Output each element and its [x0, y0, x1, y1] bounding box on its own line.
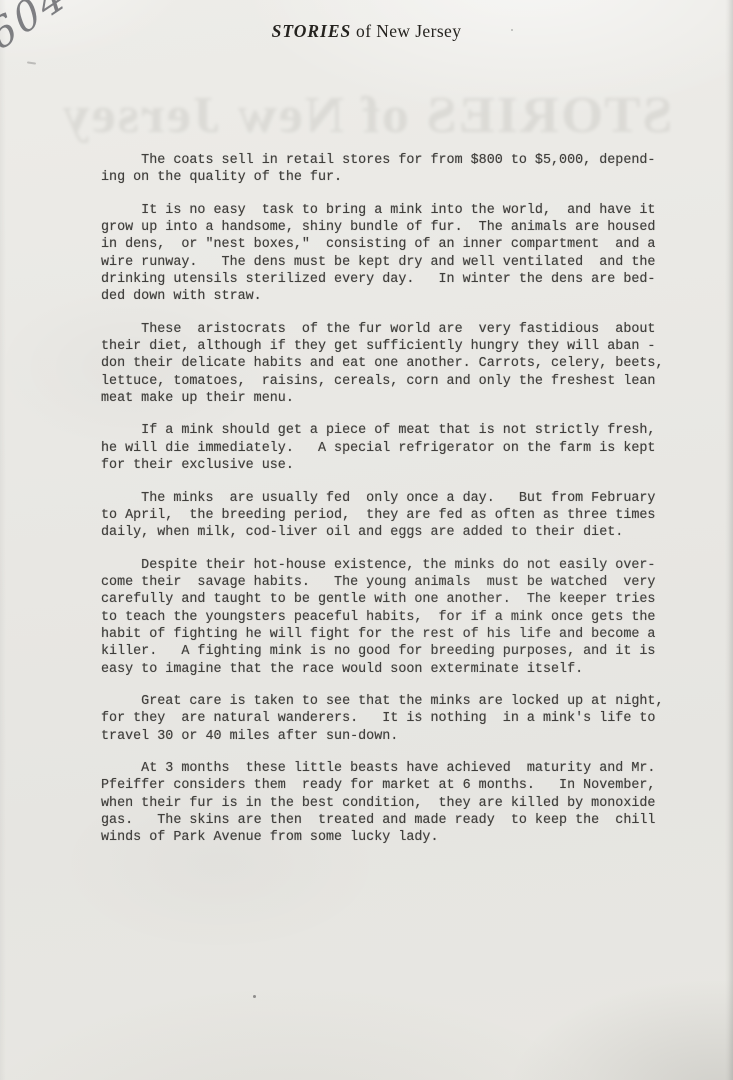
- text-line: At 3 months these little beasts have ach…: [101, 760, 676, 777]
- scanned-page: 604 STORIES of New Jersey STORIES of New…: [0, 0, 733, 1080]
- paragraph: It is no easy task to bring a mink into …: [101, 202, 676, 306]
- paper-speck: [418, 712, 420, 714]
- page-title: STORIES of New Jersey: [0, 21, 733, 42]
- page-edge-shadow: [725, 0, 733, 1080]
- text-line: travel 30 or 40 miles after sun-down.: [101, 728, 676, 745]
- paragraph: At 3 months these little beasts have ach…: [101, 760, 676, 847]
- text-line: come their savage habits. The young anim…: [101, 574, 676, 591]
- text-line: gas. The skins are then treated and made…: [101, 812, 676, 829]
- bleedthrough-title: STORIES of New Jersey: [4, 86, 729, 145]
- text-line: in dens, or "nest boxes," consisting of …: [101, 236, 676, 253]
- paragraph: If a mink should get a piece of meat tha…: [101, 422, 676, 474]
- document-body: The coats sell in retail stores for from…: [101, 152, 676, 862]
- text-line: habit of fighting he will fight for the …: [101, 626, 676, 643]
- text-line: The coats sell in retail stores for from…: [101, 152, 676, 169]
- text-line: their diet, although if they get suffici…: [101, 338, 676, 355]
- text-line: carefully and taught to be gentle with o…: [101, 591, 676, 608]
- text-line: meat make up their menu.: [101, 390, 676, 407]
- text-line: The minks are usually fed only once a da…: [101, 490, 676, 507]
- text-line: ing on the quality of the fur.: [101, 169, 676, 186]
- text-line: It is no easy task to bring a mink into …: [101, 202, 676, 219]
- text-line: drinking utensils sterilized every day. …: [101, 271, 676, 288]
- page-title-rest: of New Jersey: [351, 21, 461, 41]
- paragraph: The coats sell in retail stores for from…: [101, 152, 676, 187]
- text-line: winds of Park Avenue from some lucky lad…: [101, 829, 676, 846]
- text-line: killer. A fighting mink is no good for b…: [101, 643, 676, 660]
- text-line: don their delicate habits and eat one an…: [101, 355, 676, 372]
- text-line: Despite their hot-house existence, the m…: [101, 557, 676, 574]
- text-line: If a mink should get a piece of meat tha…: [101, 422, 676, 439]
- text-line: daily, when milk, cod-liver oil and eggs…: [101, 524, 676, 541]
- paper-speck: [253, 995, 256, 998]
- text-line: Pfeiffer considers them ready for market…: [101, 777, 676, 794]
- text-line: grow up into a handsome, shiny bundle of…: [101, 219, 676, 236]
- text-line: These aristocrats of the fur world are v…: [101, 321, 676, 338]
- text-line: for they are natural wanderers. It is no…: [101, 710, 676, 727]
- text-line: for their exclusive use.: [101, 457, 676, 474]
- text-line: ded down with straw.: [101, 288, 676, 305]
- text-line: to teach the youngsters peaceful habits,…: [101, 609, 676, 626]
- text-line: lettuce, tomatoes, raisins, cereals, cor…: [101, 373, 676, 390]
- paragraph: The minks are usually fed only once a da…: [101, 490, 676, 542]
- text-line: to April, the breeding period, they are …: [101, 507, 676, 524]
- text-line: wire runway. The dens must be kept dry a…: [101, 254, 676, 271]
- text-line: easy to imagine that the race would soon…: [101, 661, 676, 678]
- paper-speck: [511, 29, 513, 31]
- text-line: when their fur is in the best condition,…: [101, 795, 676, 812]
- pencil-mark: [27, 61, 36, 64]
- text-line: Great care is taken to see that the mink…: [101, 693, 676, 710]
- paragraph: Despite their hot-house existence, the m…: [101, 557, 676, 678]
- paragraph: These aristocrats of the fur world are v…: [101, 321, 676, 408]
- paragraph: Great care is taken to see that the mink…: [101, 693, 676, 745]
- text-line: he will die immediately. A special refri…: [101, 440, 676, 457]
- page-title-stories: STORIES: [272, 21, 352, 41]
